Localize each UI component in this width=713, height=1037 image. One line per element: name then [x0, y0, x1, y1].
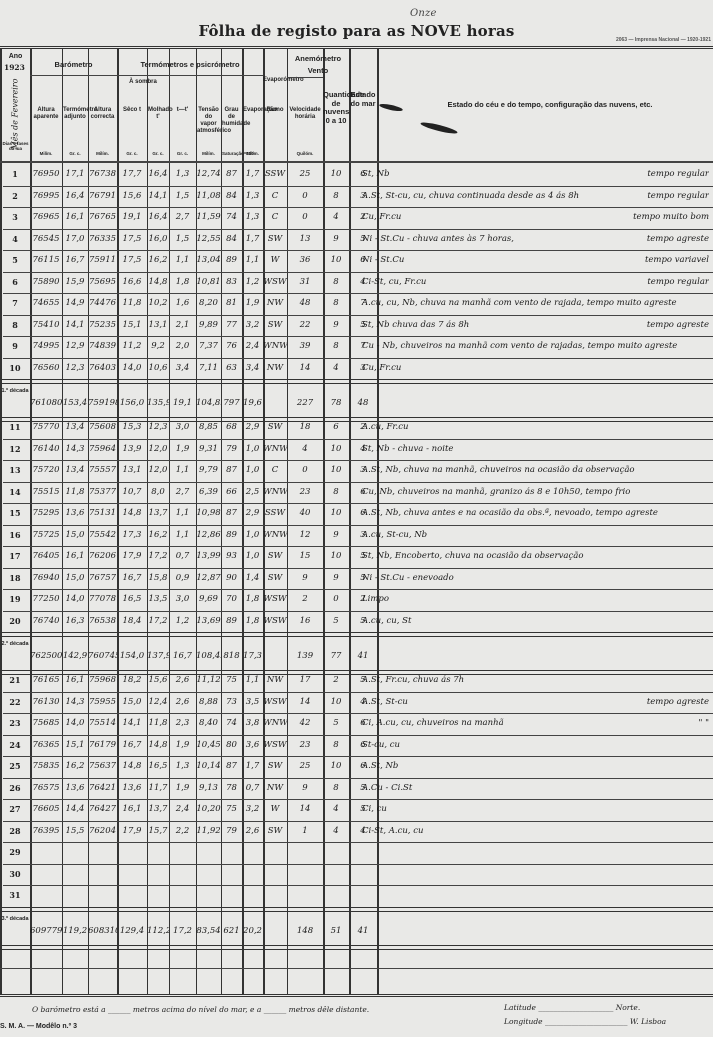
cell-altura_correcta: 76538 — [88, 616, 117, 626]
cell-velocidade: 15 — [287, 551, 323, 561]
cell-termometro_adjunto: 16,1 — [62, 675, 88, 685]
row-rule — [3, 864, 713, 865]
day-number: 24 — [0, 740, 30, 750]
cell-velocidade: 4 — [287, 444, 323, 454]
cell-humidade: 90 — [221, 573, 242, 583]
row-rule — [3, 460, 713, 461]
remark-text: St, Nb chuva das 7 ás 8htempo agreste — [362, 320, 709, 330]
group-rule — [287, 77, 323, 78]
cell-evaporacao: 20,2 — [242, 926, 263, 936]
cell-altura_correcta: 76403 — [88, 363, 117, 373]
cell-mar: 41 — [349, 651, 377, 661]
cell-altura_correcta: 75235 — [88, 320, 117, 330]
cell-seco: 15,3 — [117, 422, 147, 432]
cell-seco: 18,2 — [117, 675, 147, 685]
column-unit-molhado: Gr. c. — [148, 151, 168, 156]
day-number: 31 — [0, 890, 30, 900]
cell-nuvens: 9 — [323, 530, 349, 540]
cell-altura_aparente: 75890 — [30, 277, 62, 287]
cell-molhado: 10,6 — [147, 363, 169, 373]
cell-tensao: 11,08 — [196, 191, 221, 201]
column-unit-diff: Gr. c. — [170, 151, 195, 156]
cell-molhado: 11,8 — [147, 718, 169, 728]
cell-altura_aparente: 77250 — [30, 594, 62, 604]
cell-seco: 13,6 — [117, 783, 147, 793]
cell-diff: 1,1 — [169, 465, 196, 475]
day-number: 22 — [0, 697, 30, 707]
column-unit-altura_aparente: Milím. — [31, 151, 61, 156]
cell-altura_correcta: 75695 — [88, 277, 117, 287]
cell-seco: 15,0 — [117, 697, 147, 707]
cell-termometro_adjunto: 13,6 — [62, 508, 88, 518]
decada-rule — [0, 632, 713, 637]
row-rule — [3, 842, 713, 843]
cell-humidade: 81 — [221, 298, 242, 308]
cell-tensao: 83,54 — [196, 926, 221, 936]
cell-rumo: C — [263, 191, 287, 201]
cell-molhado: 112,2 — [147, 926, 169, 936]
cell-rumo: SW — [263, 826, 287, 836]
cell-tensao: 11,59 — [196, 212, 221, 222]
cell-evaporacao: 1,3 — [242, 212, 263, 222]
cell-tensao: 7,37 — [196, 341, 221, 351]
cell-tensao: 7,11 — [196, 363, 221, 373]
row-rule — [3, 692, 713, 693]
cell-altura_aparente: 762500 — [30, 651, 62, 661]
day-number: 6 — [0, 277, 30, 287]
day-number: 7 — [0, 298, 30, 308]
remark-text: St, Nb - chuva - noite — [362, 444, 709, 454]
cell-altura_correcta: 75131 — [88, 508, 117, 518]
cell-altura_correcta: 76204 — [88, 826, 117, 836]
cell-altura_aparente: 75720 — [30, 465, 62, 475]
day-number: 10 — [0, 363, 30, 373]
cell-tensao: 9,89 — [196, 320, 221, 330]
remark-text: Cu, Nb, chuveiros na manhã, granizo ás 8… — [362, 487, 709, 497]
remark-text: A.St, St-cu, cu, chuva continuada desde … — [362, 191, 709, 201]
cell-termometro_adjunto: 14,0 — [62, 594, 88, 604]
row-rule — [0, 968, 713, 969]
cell-rumo: WSW — [263, 594, 287, 604]
cell-diff: 1,2 — [169, 616, 196, 626]
cell-rumo: SW — [263, 234, 287, 244]
cell-altura_aparente: 75835 — [30, 761, 62, 771]
cell-humidade: 75 — [221, 675, 242, 685]
cell-termometro_adjunto: 11,8 — [62, 487, 88, 497]
cell-nuvens: 8 — [323, 191, 349, 201]
cell-evaporacao: 1,4 — [242, 573, 263, 583]
day-number: 27 — [0, 804, 30, 814]
cell-evaporacao: 3,2 — [242, 804, 263, 814]
cell-altura_aparente: 75685 — [30, 718, 62, 728]
cell-humidade: 818 — [221, 651, 242, 661]
cell-tensao: 12,55 — [196, 234, 221, 244]
cell-termometro_adjunto: 15,1 — [62, 740, 88, 750]
remark-text: Cu - Nb, chuveiros na manhã com vento de… — [362, 341, 709, 351]
cell-rumo: NW — [263, 783, 287, 793]
cell-altura_aparente: 76365 — [30, 740, 62, 750]
cell-altura_aparente: 76405 — [30, 551, 62, 561]
cell-seco: 19,1 — [117, 212, 147, 222]
cell-termometro_adjunto: 15,9 — [62, 277, 88, 287]
cell-nuvens: 4 — [323, 826, 349, 836]
row-rule — [3, 272, 713, 273]
cell-altura_aparente: 76560 — [30, 363, 62, 373]
cell-molhado: 15,6 — [147, 675, 169, 685]
day-number: 17 — [0, 551, 30, 561]
cell-humidade: 74 — [221, 718, 242, 728]
cell-diff: 2,0 — [169, 341, 196, 351]
cell-tensao: 104,89 — [196, 398, 221, 408]
remark-weather: tempo variavel — [645, 255, 709, 265]
cell-altura_aparente: 75410 — [30, 320, 62, 330]
cell-evaporacao: 3,4 — [242, 363, 263, 373]
cell-velocidade: 13 — [287, 234, 323, 244]
cell-rumo: WNW — [263, 718, 287, 728]
cell-molhado: 13,5 — [147, 594, 169, 604]
cell-rumo: SSW — [263, 169, 287, 179]
remark-weather: tempo regular — [647, 191, 709, 201]
cell-rumo: SW — [263, 761, 287, 771]
day-number: 4 — [0, 234, 30, 244]
cell-altura_correcta: 77078 — [88, 594, 117, 604]
cell-nuvens: 9 — [323, 320, 349, 330]
cell-seco: 11,2 — [117, 341, 147, 351]
cell-velocidade: 25 — [287, 761, 323, 771]
cell-molhado: 11,7 — [147, 783, 169, 793]
cell-nuvens: 10 — [323, 551, 349, 561]
day-number: 21 — [0, 675, 30, 685]
cell-altura_correcta: 760745 — [88, 651, 117, 661]
day-column-label: Dias e fases da lua — [1, 141, 30, 151]
cell-tensao: 8,88 — [196, 697, 221, 707]
cell-diff: 1,1 — [169, 508, 196, 518]
cell-tensao: 9,13 — [196, 783, 221, 793]
cell-rumo: WSW — [263, 740, 287, 750]
cell-altura_correcta: 75542 — [88, 530, 117, 540]
cell-altura_correcta: 75955 — [88, 697, 117, 707]
row-rule — [3, 821, 713, 822]
cell-velocidade: 1 — [287, 826, 323, 836]
cell-diff: 1,9 — [169, 444, 196, 454]
cell-humidade: 63 — [221, 363, 242, 373]
cell-molhado: 14,8 — [147, 277, 169, 287]
cell-velocidade: 22 — [287, 320, 323, 330]
cell-velocidade: 31 — [287, 277, 323, 287]
cell-diff: 1,3 — [169, 169, 196, 179]
cell-evaporacao: 1,7 — [242, 169, 263, 179]
row-rule — [3, 482, 713, 483]
cell-diff: 1,9 — [169, 740, 196, 750]
day-number: 15 — [0, 508, 30, 518]
cell-nuvens: 4 — [323, 804, 349, 814]
cell-seco: 13,9 — [117, 444, 147, 454]
cell-humidade: 84 — [221, 191, 242, 201]
cell-altura_correcta: 75514 — [88, 718, 117, 728]
remark-text: Limpo — [362, 594, 709, 604]
cell-altura_aparente: 76740 — [30, 616, 62, 626]
cell-termometro_adjunto: 14,1 — [62, 320, 88, 330]
cell-tensao: 10,98 — [196, 508, 221, 518]
cell-seco: 16,7 — [117, 573, 147, 583]
decada-label: 3.ª década — [0, 916, 30, 923]
cell-tensao: 9,69 — [196, 594, 221, 604]
remark-weather: tempo regular — [647, 169, 709, 179]
ink-blot — [420, 120, 458, 135]
cell-nuvens: 10 — [323, 169, 349, 179]
barometer-note: O barómetro está a ______ metros acima d… — [32, 1005, 369, 1014]
cell-diff: 2,4 — [169, 804, 196, 814]
cell-molhado: 15,8 — [147, 573, 169, 583]
cell-altura_correcta: 76335 — [88, 234, 117, 244]
column-header-tensao: Tensão do vapor atmosférico — [197, 107, 220, 135]
cell-humidade: 80 — [221, 740, 242, 750]
cell-humidade: 68 — [221, 422, 242, 432]
cell-evaporacao: 1,9 — [242, 298, 263, 308]
cell-evaporacao: 1,0 — [242, 551, 263, 561]
cell-altura_correcta: 76427 — [88, 804, 117, 814]
cell-seco: 16,6 — [117, 277, 147, 287]
cell-evaporacao: 3,6 — [242, 740, 263, 750]
column-header-altura_aparente: Altura aparente — [31, 107, 61, 121]
cell-velocidade: 14 — [287, 804, 323, 814]
cell-humidade: 83 — [221, 277, 242, 287]
day-number: 12 — [0, 444, 30, 454]
handwritten-correction: Onze — [410, 8, 437, 19]
cell-evaporacao: 1,8 — [242, 616, 263, 626]
group-vento: Vento — [287, 67, 349, 76]
cell-nuvens: 9 — [323, 573, 349, 583]
cell-evaporacao: 1,0 — [242, 465, 263, 475]
cell-seco: 156,0 — [117, 398, 147, 408]
day-number: 25 — [0, 761, 30, 771]
cell-velocidade: 40 — [287, 508, 323, 518]
cell-rumo: WNW — [263, 530, 287, 540]
cell-nuvens: 10 — [323, 255, 349, 265]
day-number: 30 — [0, 869, 30, 879]
cell-diff: 1,8 — [169, 277, 196, 287]
row-rule — [3, 568, 713, 569]
cell-altura_correcta: 76738 — [88, 169, 117, 179]
cell-molhado: 16,4 — [147, 212, 169, 222]
cell-mar: 48 — [349, 398, 377, 408]
row-rule — [3, 799, 713, 800]
row-rule — [3, 756, 713, 757]
cell-termometro_adjunto: 16,3 — [62, 616, 88, 626]
cell-termometro_adjunto: 119,2 — [62, 926, 88, 936]
cell-velocidade: 18 — [287, 422, 323, 432]
cell-evaporacao: 1,1 — [242, 255, 263, 265]
cell-humidade: 75 — [221, 804, 242, 814]
cell-velocidade: 148 — [287, 926, 323, 936]
cell-tensao: 12,87 — [196, 573, 221, 583]
cell-nuvens: 5 — [323, 616, 349, 626]
cell-altura_aparente: 76165 — [30, 675, 62, 685]
row-rule — [3, 336, 713, 337]
cell-termometro_adjunto: 16,2 — [62, 761, 88, 771]
cell-seco: 17,7 — [117, 169, 147, 179]
decada-rule — [0, 907, 713, 912]
cell-altura_aparente: 75770 — [30, 422, 62, 432]
cell-altura_aparente: 74655 — [30, 298, 62, 308]
cell-altura_aparente: 76140 — [30, 444, 62, 454]
row-rule — [3, 885, 713, 886]
cell-nuvens: 10 — [323, 444, 349, 454]
row-rule — [3, 546, 713, 547]
model-number: S. M. A. — Modêlo n.º 3 — [0, 1023, 77, 1030]
cell-seco: 11,8 — [117, 298, 147, 308]
row-rule — [3, 525, 713, 526]
cell-molhado: 16,4 — [147, 169, 169, 179]
cell-velocidade: 227 — [287, 398, 323, 408]
cell-termometro_adjunto: 14,3 — [62, 444, 88, 454]
cell-evaporacao: 2,4 — [242, 341, 263, 351]
remark-text: A.St, St-cutempo agreste — [362, 697, 709, 707]
row-rule — [3, 229, 713, 230]
cell-evaporacao: 2,9 — [242, 508, 263, 518]
cell-molhado: 17,2 — [147, 551, 169, 561]
cell-nuvens: 8 — [323, 298, 349, 308]
cell-molhado: 135,9 — [147, 398, 169, 408]
cell-seco: 14,0 — [117, 363, 147, 373]
remark-text: A.cu, Fr.cu — [362, 422, 709, 432]
cell-altura_aparente: 75295 — [30, 508, 62, 518]
day-number: 14 — [0, 487, 30, 497]
column-unit-velocidade: Quilóm. — [288, 151, 322, 156]
cell-seco: 16,7 — [117, 740, 147, 750]
row-rule — [3, 735, 713, 736]
cell-rumo: WNW — [263, 341, 287, 351]
cell-tensao: 8,85 — [196, 422, 221, 432]
cell-altura_correcta: 74476 — [88, 298, 117, 308]
group-a-sombra: À sombra — [117, 79, 169, 86]
cell-nuvens: 51 — [323, 926, 349, 936]
cell-altura_aparente: 76545 — [30, 234, 62, 244]
cell-seco: 154,0 — [117, 651, 147, 661]
cell-altura_aparente: 75725 — [30, 530, 62, 540]
header-nuvens: Quantidade de nuvens 0 a 10 — [323, 91, 349, 126]
column-unit-termometro_adjunto: Gr. c. — [63, 151, 87, 156]
cell-rumo: NW — [263, 675, 287, 685]
remark-text: A.cu, St-cu, Nb — [362, 530, 709, 540]
cell-altura_aparente: 76115 — [30, 255, 62, 265]
cell-diff: 3,0 — [169, 594, 196, 604]
cell-molhado: 137,9 — [147, 651, 169, 661]
day-number: 18 — [0, 573, 30, 583]
cell-evaporacao: 2,5 — [242, 487, 263, 497]
column-header-seco: Sêco t — [118, 107, 146, 114]
row-rule — [3, 358, 713, 359]
cell-altura_correcta: 76757 — [88, 573, 117, 583]
cell-molhado: 14,8 — [147, 740, 169, 750]
cell-nuvens: 8 — [323, 783, 349, 793]
cell-nuvens: 8 — [323, 341, 349, 351]
group-rule — [30, 75, 117, 76]
cell-diff: 2,3 — [169, 718, 196, 728]
remark-text: Ci, A.cu, cu, chuveiros na manhã" " — [362, 718, 709, 728]
header-estado-ceu: Estado do céu e do tempo, configuração d… — [400, 101, 700, 110]
cell-termometro_adjunto: 16,4 — [62, 191, 88, 201]
cell-velocidade: 25 — [287, 169, 323, 179]
year-value: 1923 — [4, 63, 25, 72]
group-rule — [117, 75, 263, 76]
cell-rumo: C — [263, 212, 287, 222]
cell-evaporacao: 2,6 — [242, 826, 263, 836]
cell-rumo: WNW — [263, 444, 287, 454]
cell-rumo: NW — [263, 298, 287, 308]
cell-velocidade: 14 — [287, 363, 323, 373]
cell-rumo: NW — [263, 363, 287, 373]
day-number: 20 — [0, 616, 30, 626]
cell-rumo: SW — [263, 573, 287, 583]
cell-velocidade: 16 — [287, 616, 323, 626]
cell-molhado: 12,4 — [147, 697, 169, 707]
cell-evaporacao: 19,6 — [242, 398, 263, 408]
remark-text: Ni - St.Cu - chuva antes às 7 horas,temp… — [362, 234, 709, 244]
cell-humidade: 73 — [221, 697, 242, 707]
cell-humidade: 89 — [221, 530, 242, 540]
cell-velocidade: 23 — [287, 487, 323, 497]
cell-altura_aparente: 74995 — [30, 341, 62, 351]
column-header-evaporacao: Evaporação — [243, 107, 262, 114]
cell-altura_correcta: 75964 — [88, 444, 117, 454]
cell-velocidade: 12 — [287, 530, 323, 540]
cell-humidade: 87 — [221, 761, 242, 771]
cell-nuvens: 8 — [323, 277, 349, 287]
remark-weather: tempo agreste — [647, 234, 709, 244]
cell-rumo: WNW — [263, 487, 287, 497]
remark-text: St-cu, cu — [362, 740, 709, 750]
cell-nuvens: 10 — [323, 697, 349, 707]
remark-text: Ci, cu — [362, 804, 709, 814]
cell-seco: 16,1 — [117, 804, 147, 814]
cell-altura_aparente: 76950 — [30, 169, 62, 179]
day-number: 28 — [0, 826, 30, 836]
cell-rumo: SSW — [263, 508, 287, 518]
cell-altura_aparente: 76995 — [30, 191, 62, 201]
day-number: 1 — [0, 169, 30, 179]
column-unit-altura_correcta: Milím. — [89, 151, 116, 156]
cell-altura_aparente: 76965 — [30, 212, 62, 222]
cell-tensao: 8,20 — [196, 298, 221, 308]
cell-altura_correcta: 608310 — [88, 926, 117, 936]
row-rule — [0, 945, 713, 950]
cell-diff: 0,7 — [169, 551, 196, 561]
cell-tensao: 9,79 — [196, 465, 221, 475]
remark-text: A.St, Nb, chuva antes e na ocasião da ob… — [362, 508, 709, 518]
cell-molhado: 9,2 — [147, 341, 169, 351]
cell-tensao: 13,04 — [196, 255, 221, 265]
cell-tensao: 13,69 — [196, 616, 221, 626]
cell-molhado: 17,2 — [147, 616, 169, 626]
remark-weather: tempo muito bom — [633, 212, 709, 222]
cell-evaporacao: 1,8 — [242, 594, 263, 604]
cell-tensao: 108,42 — [196, 651, 221, 661]
year-label: Ano — [2, 53, 29, 61]
month-field: Mês de Fevereiro — [2, 89, 28, 139]
column-header-termometro_adjunto: Termómetro adjunto — [63, 107, 87, 121]
cell-altura_correcta: 76421 — [88, 783, 117, 793]
cell-nuvens: 6 — [323, 422, 349, 432]
cell-seco: 18,4 — [117, 616, 147, 626]
cell-velocidade: 0 — [287, 191, 323, 201]
cell-nuvens: 10 — [323, 761, 349, 771]
cell-seco: 14,8 — [117, 761, 147, 771]
cell-altura_correcta: 76179 — [88, 740, 117, 750]
cell-termometro_adjunto: 142,9 — [62, 651, 88, 661]
cell-tensao: 11,12 — [196, 675, 221, 685]
cell-rumo: SW — [263, 551, 287, 561]
